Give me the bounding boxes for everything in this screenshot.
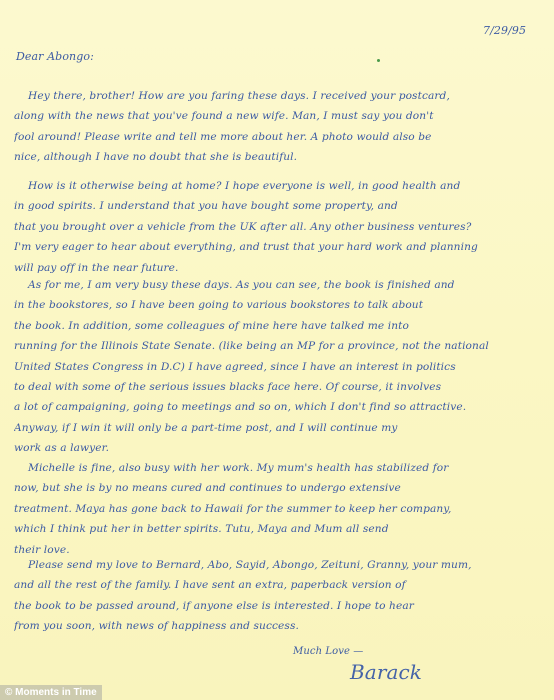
letter-line: I'm very eager to hear about everything,… bbox=[14, 237, 544, 257]
letter-line: fool around! Please write and tell me mo… bbox=[14, 127, 544, 147]
letter-paragraph-2: How is it otherwise being at home? I hop… bbox=[14, 176, 544, 278]
letter-line: and all the rest of the family. I have s… bbox=[14, 575, 544, 595]
letter-line: Michelle is fine, also busy with her wor… bbox=[14, 458, 544, 478]
letter-line: now, but she is by no means cured and co… bbox=[14, 478, 544, 498]
letter-line: in the bookstores, so I have been going … bbox=[14, 295, 544, 315]
letter-paragraph-5: Please send my love to Bernard, Abo, Say… bbox=[14, 555, 544, 637]
letter-line: along with the news that you've found a … bbox=[14, 106, 544, 126]
letter-line: the book to be passed around, if anyone … bbox=[14, 596, 544, 616]
letter-line: running for the Illinois State Senate. (… bbox=[14, 336, 544, 356]
letter-signature: Barack bbox=[350, 660, 422, 684]
letter-line: which I think put her in better spirits.… bbox=[14, 519, 544, 539]
copyright-watermark: © Moments in Time bbox=[0, 685, 102, 700]
letter-closing: Much Love — bbox=[293, 646, 363, 657]
letter-date: 7/29/95 bbox=[483, 24, 526, 37]
letter-line: How is it otherwise being at home? I hop… bbox=[14, 176, 544, 196]
ink-speck bbox=[377, 59, 380, 62]
letter-line: to deal with some of the serious issues … bbox=[14, 377, 544, 397]
letter-line: the book. In addition, some colleagues o… bbox=[14, 316, 544, 336]
letter-paragraph-4: Michelle is fine, also busy with her wor… bbox=[14, 458, 544, 560]
letter-line: Please send my love to Bernard, Abo, Say… bbox=[14, 555, 544, 575]
letter-line: United States Congress in D.C) I have ag… bbox=[14, 357, 544, 377]
letter-salutation: Dear Abongo: bbox=[16, 50, 94, 63]
letter-line: Hey there, brother! How are you faring t… bbox=[14, 86, 544, 106]
letter-line: work as a lawyer. bbox=[14, 438, 544, 458]
letter-paragraph-3: As for me, I am very busy these days. As… bbox=[14, 275, 544, 459]
letter-line: Anyway, if I win it will only be a part-… bbox=[14, 418, 544, 438]
letter-line: from you soon, with news of happiness an… bbox=[14, 616, 544, 636]
letter-paragraph-1: Hey there, brother! How are you faring t… bbox=[14, 86, 544, 168]
letter-line: a lot of campaigning, going to meetings … bbox=[14, 397, 544, 417]
letter-line: treatment. Maya has gone back to Hawaii … bbox=[14, 499, 544, 519]
letter-line: nice, although I have no doubt that she … bbox=[14, 147, 544, 167]
letter-line: that you brought over a vehicle from the… bbox=[14, 217, 544, 237]
letter-line: in good spirits. I understand that you h… bbox=[14, 196, 544, 216]
letter-line: As for me, I am very busy these days. As… bbox=[14, 275, 544, 295]
